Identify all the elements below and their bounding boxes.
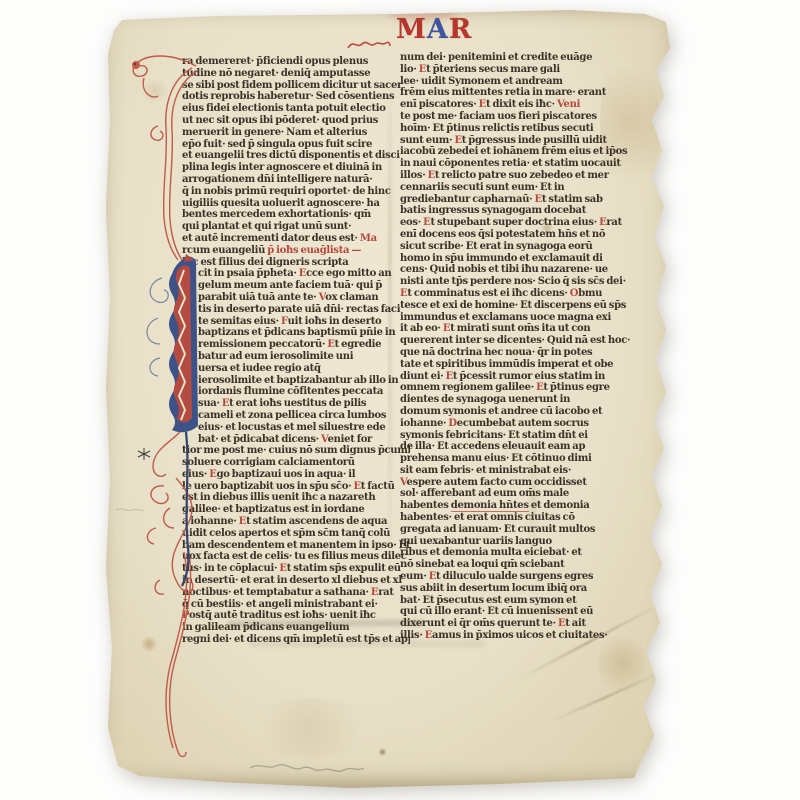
text-line: symonis febricitans· Et statim dn̄t ei bbox=[400, 430, 633, 442]
text-line: tior me post me· cuius nō sum dignus p̄c… bbox=[182, 445, 410, 457]
text-line: omnem regionem galilee· Et p̄tinus egre bbox=[400, 382, 633, 394]
text-line: illos· Et relicto patre suo zebedeo et m… bbox=[400, 170, 633, 182]
text-line: gregata ad ianuam· Et curauit multos bbox=[400, 524, 633, 536]
text-line: eius· Ego baptizaui uos in aqua· il bbox=[182, 469, 410, 481]
text-line: batis ingressus synagogam docebat bbox=[400, 205, 633, 217]
text-line: uersa et iudee regio atq̄ bbox=[182, 363, 410, 375]
wrinkle bbox=[545, 670, 665, 726]
page-mat: MAR ra demereret· p̄ficiendi opus plenus… bbox=[0, 0, 800, 800]
text-line: tesce et exi de homine· Et discerpens eū… bbox=[400, 300, 633, 312]
text-line: in galileam p̄dicans euangelium bbox=[182, 622, 410, 634]
text-line: noctibus· et temptabatur a sathana· Erat bbox=[182, 587, 410, 599]
text-line: de illa· Et accedens eleuauit eam ap bbox=[400, 441, 633, 453]
text-line: enī docens eos q̄si potestatem hn̄s et n… bbox=[400, 229, 633, 241]
text-line: dotis reprobis haberetur· Sed cōsentiens bbox=[182, 91, 410, 103]
text-line: ep̄o fuit· sed p̄ singula opus fuit scir… bbox=[182, 139, 410, 151]
text-line: ra demereret· p̄ficiendi opus plenus bbox=[182, 56, 410, 68]
text-line: rcum euangeliū p̄ ioħs euaḡlista — bbox=[182, 245, 410, 257]
text-line: te semitas eius· Fuit ioħs in deserto bbox=[182, 316, 410, 328]
text-line: grediebantur capharnaū· Et statim sab bbox=[400, 194, 633, 206]
text-line: est in diebus illis uenit iħc a nazareth bbox=[182, 492, 410, 504]
text-line: ribus et demonia multa eiciebat· et bbox=[400, 547, 633, 559]
text-line: iordanis flumine cōfitentes peccata bbox=[182, 386, 410, 398]
text-line: soluere corrigiam calciamentorū bbox=[182, 457, 410, 469]
text-line: le uero baptizabit uos in sp̄u sc̄o· Et … bbox=[182, 481, 410, 493]
text-line: iacobū zebedei et iohānem frēm eius et i… bbox=[400, 146, 633, 158]
text-line: Et comminatus est ei iħc dicens· Obmu bbox=[400, 288, 633, 300]
text-line: galilee· et baptizatus est in iordane bbox=[182, 504, 410, 516]
text-line: homo in sp̄u immundo et exclamauit di bbox=[400, 253, 633, 265]
text-line: sicut scribe· Et erat in synagoga eorū bbox=[400, 241, 633, 253]
text-line: habentes demonia hn̄tes et demonia bbox=[400, 500, 633, 512]
text-line: qui plantat et qui rigat unū sunt· bbox=[182, 221, 410, 233]
text-line: habentes· et erat omnis ciuitas cō bbox=[400, 512, 633, 524]
text-column-left: ra demereret· p̄ficiendi opus plenustudi… bbox=[182, 56, 410, 650]
text-line: plina legis inter agnoscere et diuinā in bbox=[182, 162, 410, 174]
text-line: qui uexabantur uariis languo bbox=[400, 536, 633, 548]
text-line: bat· Et p̄secutus est eum symon et bbox=[400, 595, 633, 607]
text-line: batur ad eum ierosolimite uni bbox=[182, 351, 410, 363]
text-line: iohanne· Decumbebat autem socrus bbox=[400, 418, 633, 430]
text-line: enī piscatores· Et dixit eis iħc· Veni bbox=[400, 99, 633, 111]
text-line: cens· Quid nobis et tibi iħu nazarene· u… bbox=[400, 264, 633, 276]
text-line: tus· in te cōplacui· Et statim sp̄s expu… bbox=[182, 563, 410, 575]
text-line: diunt ei· Et p̄cessit rumor eius statim … bbox=[400, 371, 633, 383]
text-line: sol· afferebant ad eum om̄s male bbox=[400, 488, 633, 500]
text-line: hoīm· Et p̄tinus relictis retibus secuti bbox=[400, 123, 633, 135]
text-line: hic est filius dei digneris scripta bbox=[182, 257, 410, 269]
text-line: nisti ante tp̄s perdere nos· Scio q̄ sis… bbox=[400, 276, 633, 288]
title-flourish-icon bbox=[346, 32, 392, 56]
stain bbox=[250, 698, 370, 758]
text-line: it ab eo· Et mirati sunt om̄s ita ut con bbox=[400, 323, 633, 335]
text-line: num dei· penitemini et credite euāge bbox=[400, 52, 633, 64]
text-line: immundus et exclamans uoce magna exi bbox=[400, 312, 633, 324]
text-line: parabit uiā tuā ante te· Vox claman bbox=[182, 292, 410, 304]
text-line: et euangelii tres dictū disponentis et d… bbox=[182, 150, 410, 162]
text-line: bam descendentem et manentem in ipso· Et bbox=[182, 540, 410, 552]
text-line: tate et spiritibus immūdis imperat et ob… bbox=[400, 359, 633, 371]
text-line: frēm eius mittentes retia in mare· erant bbox=[400, 87, 633, 99]
text-line: que nā doctrina hec noua· q̄r in potes bbox=[400, 347, 633, 359]
text-line: se sibi post fidem pollicem dicitur ut s… bbox=[182, 80, 410, 92]
text-line: sus abiit in desertum locum ibiq̄ ora bbox=[400, 583, 633, 595]
text-line: illis· Eamus in p̄ximos uicos et ciuitat… bbox=[400, 630, 633, 642]
text-line: te post me· faciam uos fieri piscatores bbox=[400, 111, 633, 123]
text-line: sua· Et erat ioħs uestitus de pilis bbox=[182, 398, 410, 410]
text-line: ut nec sit opus ibi pōderet· quod prius bbox=[182, 115, 410, 127]
stain bbox=[140, 78, 170, 104]
text-line: quererent inter se dicentes· Quid nā est… bbox=[400, 335, 633, 347]
text-line: cameli et zona pellicea circa lumbos bbox=[182, 410, 410, 422]
text-line: eum· Et diluculo ualde surgens egres bbox=[400, 571, 633, 583]
text-line: cennariis secuti sunt eum· Et in bbox=[400, 182, 633, 194]
text-line: qui cū illo erant· Et cū inuenissent eū bbox=[400, 606, 633, 618]
running-title-letter: M bbox=[396, 14, 427, 45]
text-line: eius fidei electionis tanta potuit elect… bbox=[182, 103, 410, 115]
text-line: ierosolimite et baptizabantur ab illo in bbox=[182, 375, 410, 387]
running-title-letters: MAR bbox=[396, 16, 472, 43]
running-title-letter: R bbox=[449, 14, 472, 45]
text-line: uigiliis quesita uoluerit agnoscere· ha bbox=[182, 198, 410, 210]
text-line: eos· Et stupebant super doctrina eius· E… bbox=[400, 217, 633, 229]
text-line: in naui cōponentes retia· et statim uoca… bbox=[400, 158, 633, 170]
text-line: sunt eum· Et p̄gressus inde pusillū uidi… bbox=[400, 135, 633, 147]
text-line: in desertū· et erat in deserto xl diebus… bbox=[182, 575, 410, 587]
text-line: tis in deserto parate uiā dn̄i· rectas f… bbox=[182, 304, 410, 316]
text-line: remissionem peccatorū· Et egredie bbox=[182, 339, 410, 351]
leaf-shadow-wrap: MAR ra demereret· p̄ficiendi opus plenus… bbox=[100, 8, 685, 790]
text-line: cit in psaia p̄pheta· Ecce ego mitto an bbox=[182, 268, 410, 280]
stain bbox=[140, 636, 158, 652]
running-title-letter: A bbox=[427, 14, 449, 45]
text-line: meruerit in genere· Nam et alterius bbox=[182, 127, 410, 139]
text-line: lio· Et p̄teriens secus mare gali bbox=[400, 64, 633, 76]
text-line: bat· et p̄dicabat dicens· Veniet for bbox=[182, 434, 410, 446]
stain bbox=[378, 748, 387, 756]
text-line: bentes mercedem exhortationis· qm̄ bbox=[182, 209, 410, 221]
text-line: uox facta est de celis· tu es filius meu… bbox=[182, 551, 410, 563]
text-line: q̄ cū bestiis· et angeli ministrabant ei… bbox=[182, 599, 410, 611]
text-line: prehensa manu eius· Et cōtinuo dimi bbox=[400, 453, 633, 465]
pencil-inscription-icon bbox=[250, 765, 364, 772]
text-line: uidit celos apertos et sp̄m sc̄m tanq̄ c… bbox=[182, 528, 410, 540]
text-line: tudine nō negaret· deniq̄ amputasse bbox=[182, 68, 410, 80]
text-line: lee· uidit Symonem et andream bbox=[400, 76, 633, 88]
text-line: dientes de synagoga uenerunt in bbox=[400, 394, 633, 406]
manuscript-leaf: MAR ra demereret· p̄ficiendi opus plenus… bbox=[100, 8, 685, 790]
text-line: regni dei· et dicens qm̄ impletū est tp̄… bbox=[182, 634, 410, 646]
text-line: sit eam febris· et ministrabat eis· bbox=[400, 465, 633, 477]
text-line: arrogationem dn̄i intelligere naturā· bbox=[182, 174, 410, 186]
text-line: et autē incrementi dator deus est· Ma bbox=[182, 233, 410, 245]
text-line: gelum meum ante faciem tuā· qui p̄ bbox=[182, 280, 410, 292]
text-column-right: num dei· penitemini et credite euāgelio·… bbox=[400, 52, 633, 646]
text-line: eius· et locustas et mel siluestre ede bbox=[182, 422, 410, 434]
text-line: nō sinebat ea loqui qm̄ sciebant bbox=[400, 559, 633, 571]
text-line: Postq̄ autē traditus est ioħs· uenit iħc bbox=[182, 610, 410, 622]
text-line: dixerunt ei q̄r om̄s querunt te· Et ait bbox=[400, 618, 633, 630]
text-line: Vespere autem facto cum occidisset bbox=[400, 477, 633, 489]
text-line: baptizans et p̄dicans baptismū pn̄ie in bbox=[182, 327, 410, 339]
text-line: q̄ in nobis primū requiri oportet· de hi… bbox=[182, 186, 410, 198]
text-line: a iohanne· Et statim ascendens de aqua bbox=[182, 516, 410, 528]
text-line: domum symonis et andree cū iacobo et bbox=[400, 406, 633, 418]
